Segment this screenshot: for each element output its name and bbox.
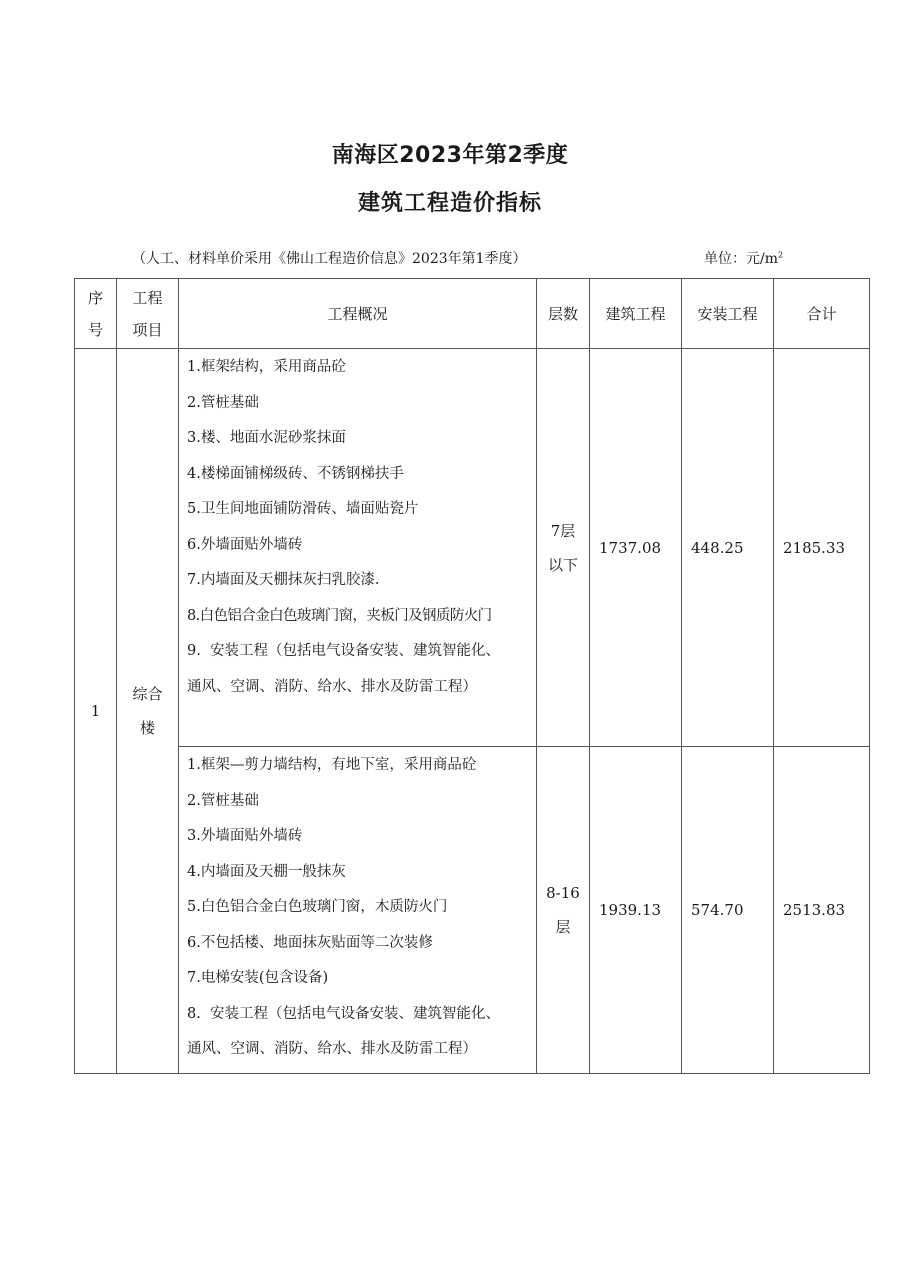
overview-line: 8. 安装工程（包括电气设备安装、建筑智能化、 (187, 1002, 536, 1038)
unit-label: 单位：元/m2 (704, 248, 783, 268)
document-title: 南海区2023年第2季度 (0, 138, 900, 169)
overview-line: 通风、空调、消防、给水、排水及防雷工程） (187, 1037, 536, 1073)
overview-line: 1.框架—剪力墙结构，有地下室，采用商品砼 (187, 753, 536, 789)
overview-line: 4.楼梯面铺梯级砖、不锈钢梯扶手 (187, 462, 536, 498)
table-row: 1 综合楼 1.框架结构，采用商品砼 2.管桩基础 3.楼、地面水泥砂浆抹面 4… (75, 349, 870, 747)
building-cost-cell: 1939.13 (590, 747, 682, 1074)
overview-line: 2.管桩基础 (187, 789, 536, 825)
building-cost-cell: 1737.08 (590, 349, 682, 747)
floors-cell: 8-16层 (537, 747, 590, 1074)
install-cost-cell: 574.70 (682, 747, 774, 1074)
overview-line: 通风、空调、消防、给水、排水及防雷工程） (187, 675, 536, 711)
item-cell: 综合楼 (117, 349, 179, 1074)
overview-line: 3.楼、地面水泥砂浆抹面 (187, 426, 536, 462)
header-item: 工程项目 (117, 279, 179, 349)
header-install: 安装工程 (682, 279, 774, 349)
header-seq: 序号 (75, 279, 117, 349)
overview-line: 6.外墙面贴外墙砖 (187, 533, 536, 569)
table-header-row: 序号 工程项目 工程概况 层数 建筑工程 安装工程 合计 (75, 279, 870, 349)
floors-cell: 7层以下 (537, 349, 590, 747)
seq-cell: 1 (75, 349, 117, 1074)
document-subtitle: 建筑工程造价指标 (0, 186, 900, 217)
header-floors: 层数 (537, 279, 590, 349)
overview-line: 5.卫生间地面铺防滑砖、墙面贴瓷片 (187, 497, 536, 533)
price-source-note: （人工、材料单价采用《佛山工程造价信息》2023年第1季度） (132, 248, 527, 268)
overview-line: 6.不包括楼、地面抹灰贴面等二次装修 (187, 931, 536, 967)
header-building: 建筑工程 (590, 279, 682, 349)
overview-line: 7.内墙面及天棚抹灰扫乳胶漆. (187, 568, 536, 604)
overview-cell: 1.框架—剪力墙结构，有地下室，采用商品砼 2.管桩基础 3.外墙面贴外墙砖 4… (179, 747, 537, 1074)
cost-index-table: 序号 工程项目 工程概况 层数 建筑工程 安装工程 合计 1 综合楼 1.框架结… (74, 278, 870, 1074)
overview-line: 3.外墙面贴外墙砖 (187, 824, 536, 860)
overview-line: 4.内墙面及天棚一般抹灰 (187, 860, 536, 896)
unit-text: 单位：元/m (704, 251, 778, 267)
overview-line: 5.白色铝合金白色玻璃门窗，木质防火门 (187, 895, 536, 931)
unit-superscript: 2 (778, 250, 783, 259)
overview-line: 2.管桩基础 (187, 391, 536, 427)
install-cost-cell: 448.25 (682, 349, 774, 747)
overview-line: 1.框架结构，采用商品砼 (187, 355, 536, 391)
header-total: 合计 (774, 279, 870, 349)
total-cost-cell: 2513.83 (774, 747, 870, 1074)
overview-cell: 1.框架结构，采用商品砼 2.管桩基础 3.楼、地面水泥砂浆抹面 4.楼梯面铺梯… (179, 349, 537, 747)
table-row: 1.框架—剪力墙结构，有地下室，采用商品砼 2.管桩基础 3.外墙面贴外墙砖 4… (75, 747, 870, 1074)
overview-line: 7.电梯安装(包含设备) (187, 966, 536, 1002)
total-cost-cell: 2185.33 (774, 349, 870, 747)
overview-line: 8.白色铝合金白色玻璃门窗，夹板门及钢质防火门 (187, 604, 536, 640)
header-overview: 工程概况 (179, 279, 537, 349)
overview-line: 9. 安装工程（包括电气设备安装、建筑智能化、 (187, 639, 536, 675)
